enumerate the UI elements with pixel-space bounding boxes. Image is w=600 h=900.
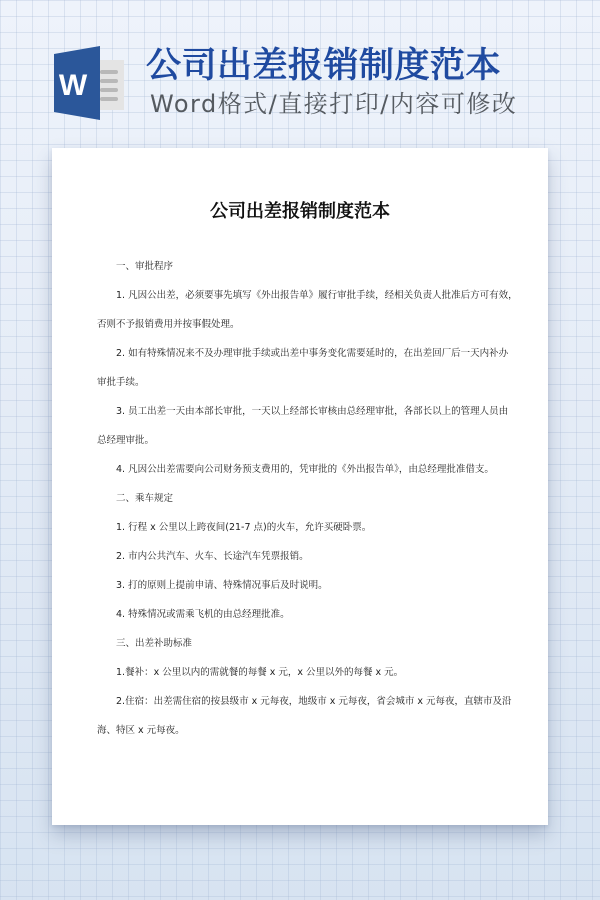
document-body: 一、审批程序 1. 凡因公出差，必须要事先填写《外出报告单》履行审批手续，经相关…: [97, 252, 501, 745]
paragraph-line: 4. 特殊情况或需乘飞机的由总经理批准。: [97, 600, 501, 629]
paragraph-line: 1.餐补：x 公里以内的需就餐的每餐 x 元，x 公里以外的每餐 x 元。: [97, 658, 501, 687]
paragraph-line: 4. 凡因公出差需要向公司财务预支费用的，凭审批的《外出报告单》，由总经理批准借…: [97, 455, 501, 484]
word-document-icon: W: [54, 46, 126, 120]
document-title: 公司出差报销制度范本: [52, 200, 548, 224]
banner: W 公司出差报销制度范本 Word格式/直接打印/内容可修改: [0, 0, 600, 140]
document-page: 公司出差报销制度范本 一、审批程序 1. 凡因公出差，必须要事先填写《外出报告单…: [52, 148, 548, 825]
paragraph-line: 否则不予报销费用并按事假处理。: [97, 310, 501, 339]
paragraph-line: 2.住宿：出差需住宿的按县级市 x 元每夜，地级市 x 元每夜，省会城市 x 元…: [97, 687, 501, 716]
section-heading: 二、乘车规定: [97, 484, 501, 513]
svg-text:W: W: [59, 69, 88, 102]
paragraph-line: 海、特区 x 元每夜。: [97, 716, 501, 745]
paragraph-line: 3. 员工出差一天由本部长审批，一天以上经部长审核由总经理审批，各部长以上的管理…: [97, 397, 501, 426]
banner-title: 公司出差报销制度范本: [146, 44, 501, 88]
banner-subtitle: Word格式/直接打印/内容可修改: [150, 88, 517, 120]
paragraph-line: 审批手续。: [97, 368, 501, 397]
paragraph-line: 1. 行程 x 公里以上跨夜间(21-7 点)的火车，允许买硬卧票。: [97, 513, 501, 542]
paragraph-line: 2. 市内公共汽车、火车、长途汽车凭票报销。: [97, 542, 501, 571]
paragraph-line: 3. 打的原则上提前申请、特殊情况事后及时说明。: [97, 571, 501, 600]
paragraph-line: 总经理审批。: [97, 426, 501, 455]
section-heading: 一、审批程序: [97, 252, 501, 281]
section-heading: 三、出差补助标准: [97, 629, 501, 658]
paragraph-line: 2. 如有特殊情况来不及办理审批手续或出差中事务变化需要延时的，在出差回厂后一天…: [97, 339, 501, 368]
paragraph-line: 1. 凡因公出差，必须要事先填写《外出报告单》履行审批手续，经相关负责人批准后方…: [97, 281, 501, 310]
